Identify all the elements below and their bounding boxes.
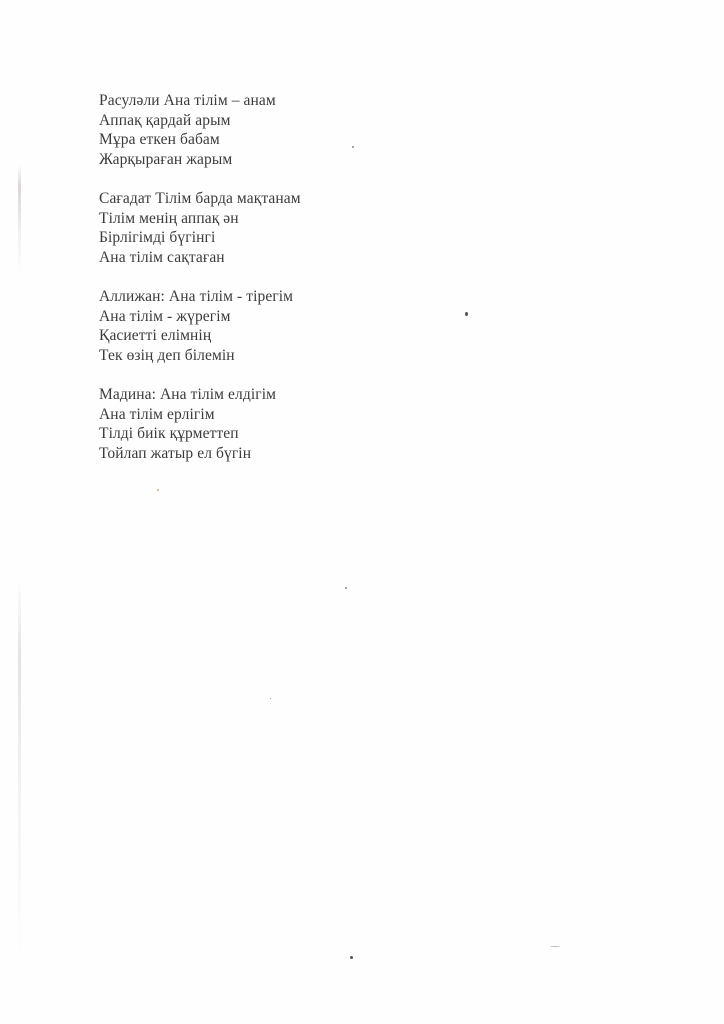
stanza-allizhan: Аллижан: Ана тілім - тірегім Ана тілім -…	[99, 287, 301, 365]
scan-edge-mark	[18, 165, 21, 275]
stanza-madina: Мадина: Ана тілім елдігім Ана тілім ерлі…	[99, 385, 301, 463]
scanned-page: Расуләли Ана тілім – анам Аппақ қардай а…	[0, 0, 724, 1024]
poem-line: Расуләли Ана тілім – анам	[99, 91, 301, 111]
scan-edge-mark	[18, 580, 21, 960]
poem-line: Сағадат Тілім барда мақтанам	[99, 189, 301, 209]
paper-speck	[157, 489, 159, 491]
paper-speck	[352, 146, 354, 148]
paper-speck	[350, 956, 353, 959]
poem-line: Мадина: Ана тілім елдігім	[99, 385, 301, 405]
stanza-sagadat: Сағадат Тілім барда мақтанам Тілім менің…	[99, 189, 301, 267]
poem-line: Тойлап жатыр ел бүгін	[99, 444, 301, 464]
poem-line: Тілім менің аппақ ән	[99, 209, 301, 229]
poem-line: Бірлігімді бүгінгі	[99, 228, 301, 248]
poem-line: Қасиетті елімнің	[99, 326, 301, 346]
poem-line: Ана тілім ерлігім	[99, 405, 301, 425]
poem-line: Аппақ қардай арым	[99, 111, 301, 131]
poem-line: Ана тілім - жүрегім	[99, 307, 301, 327]
poem-line: Тек өзің деп білемін	[99, 346, 301, 366]
paper-speck	[550, 946, 560, 947]
paper-speck	[270, 698, 271, 699]
poem-line: Тілді биік құрметтеп	[99, 424, 301, 444]
poem-line: Аллижан: Ана тілім - тірегім	[99, 287, 301, 307]
poem-line: Жарқыраған жарым	[99, 150, 301, 170]
stanza-rasulali: Расуләли Ана тілім – анам Аппақ қардай а…	[99, 91, 301, 169]
paper-speck	[345, 587, 347, 589]
poem-line: Мұра еткен бабам	[99, 130, 301, 150]
poem-line: Ана тілім сақтаған	[99, 248, 301, 268]
poem-text: Расуләли Ана тілім – анам Аппақ қардай а…	[99, 91, 301, 483]
paper-speck	[465, 312, 468, 316]
